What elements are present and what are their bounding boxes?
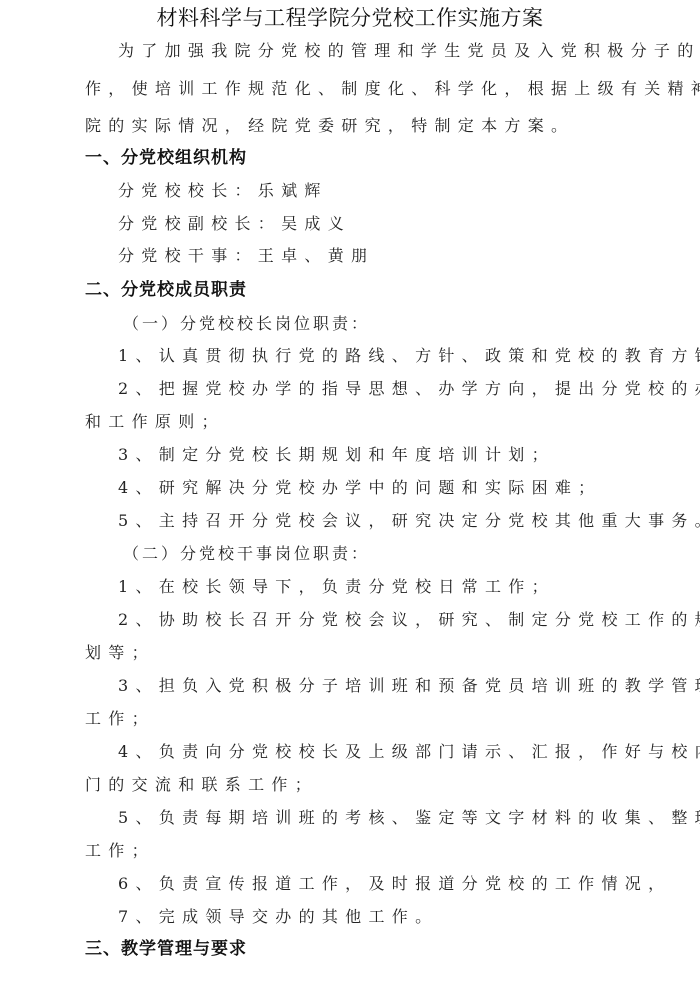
subsection-heading-principal-duties: （一）分党校校长岗位职责： [123,313,668,335]
intro-line: 为了加强我院分党校的管理和学生党员及入党积极分子的培训工 [118,40,663,62]
duty-item-continuation: 和工作原则； [85,411,630,433]
duty-item: 4、研究解决分党校办学中的问题和实际困难； [118,477,663,499]
duty-item: 2、协助校长召开分党校会议，研究、制定分党校工作的规划、计 [118,609,663,631]
duty-item-continuation: 工作； [85,840,630,862]
duty-item: 7、完成领导交办的其他工作。 [118,906,663,928]
duty-item-continuation: 门的交流和联系工作； [85,774,630,796]
document-title: 材料科学与工程学院分党校工作实施方案 [0,4,700,32]
duty-item-continuation: 划等； [85,642,630,664]
member-staff: 分党校干事：王卓、黄朋 [118,245,663,267]
duty-item-continuation: 工作； [85,708,630,730]
intro-line: 作，使培训工作规范化、制度化、科学化，根据上级有关精神，结合我 [85,78,630,100]
duty-item: 4、负责向分党校校长及上级部门请示、汇报，作好与校内有关部 [118,741,663,763]
duty-item: 5、负责每期培训班的考核、鉴定等文字材料的收集、整理和归档 [118,807,663,829]
duty-item: 5、主持召开分党校会议，研究决定分党校其他重大事务。 [118,510,663,532]
duty-item: 1、在校长领导下，负责分党校日常工作； [118,576,663,598]
subsection-heading-staff-duties: （二）分党校干事岗位职责： [123,543,668,565]
section-heading-organization: 一、分党校组织机构 [85,147,247,169]
member-vice-principal: 分党校副校长：吴成义 [118,213,663,235]
duty-item: 2、把握党校办学的指导思想、办学方向，提出分党校的办学要求 [118,378,663,400]
section-heading-teaching: 三、教学管理与要求 [85,938,247,960]
section-heading-duties: 二、分党校成员职责 [85,279,247,301]
duty-item: 6、负责宣传报道工作，及时报道分党校的工作情况， [118,873,663,895]
document-page: 材料科学与工程学院分党校工作实施方案 为了加强我院分党校的管理和学生党员及入党积… [0,0,700,990]
member-principal: 分党校校长：乐斌辉 [118,180,663,202]
duty-item: 3、担负入党积极分子培训班和预备党员培训班的教学管理和思想 [118,675,663,697]
duty-item: 3、制定分党校长期规划和年度培训计划； [118,444,663,466]
intro-line: 院的实际情况，经院党委研究，特制定本方案。 [85,115,630,137]
duty-item: 1、认真贯彻执行党的路线、方针、政策和党校的教育方针； [118,345,663,367]
